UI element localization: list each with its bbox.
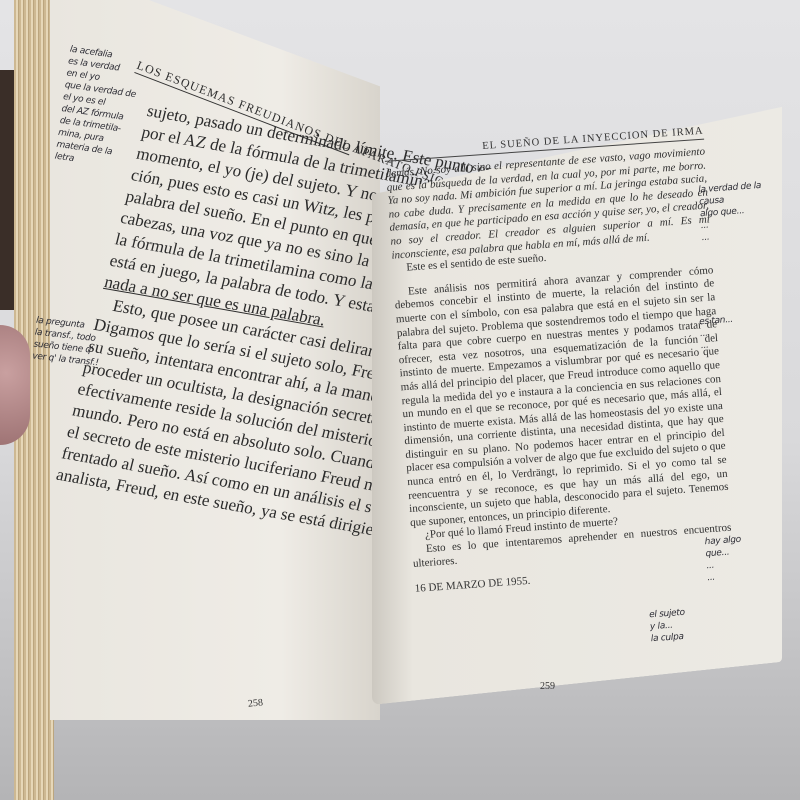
paragraph: Este análisis nos permitirá ahora avanza… — [394, 264, 730, 530]
handwritten-note-left-middle: la pregunta la transf., todo sueño tiene… — [32, 315, 103, 370]
handwritten-note-right-bottom: el sujeto y la... la culpa — [649, 607, 687, 645]
page-number-right: 259 — [540, 681, 555, 692]
handwritten-note-right-middle: es tan... ... ... — [699, 314, 735, 352]
handwritten-note-right-top: la verdad de la causa algo que... ... ..… — [698, 180, 765, 244]
handwritten-note-right-lower: hay algo que... ... ... — [704, 534, 744, 584]
thumb — [0, 325, 30, 445]
page-number-left: 258 — [247, 697, 263, 710]
